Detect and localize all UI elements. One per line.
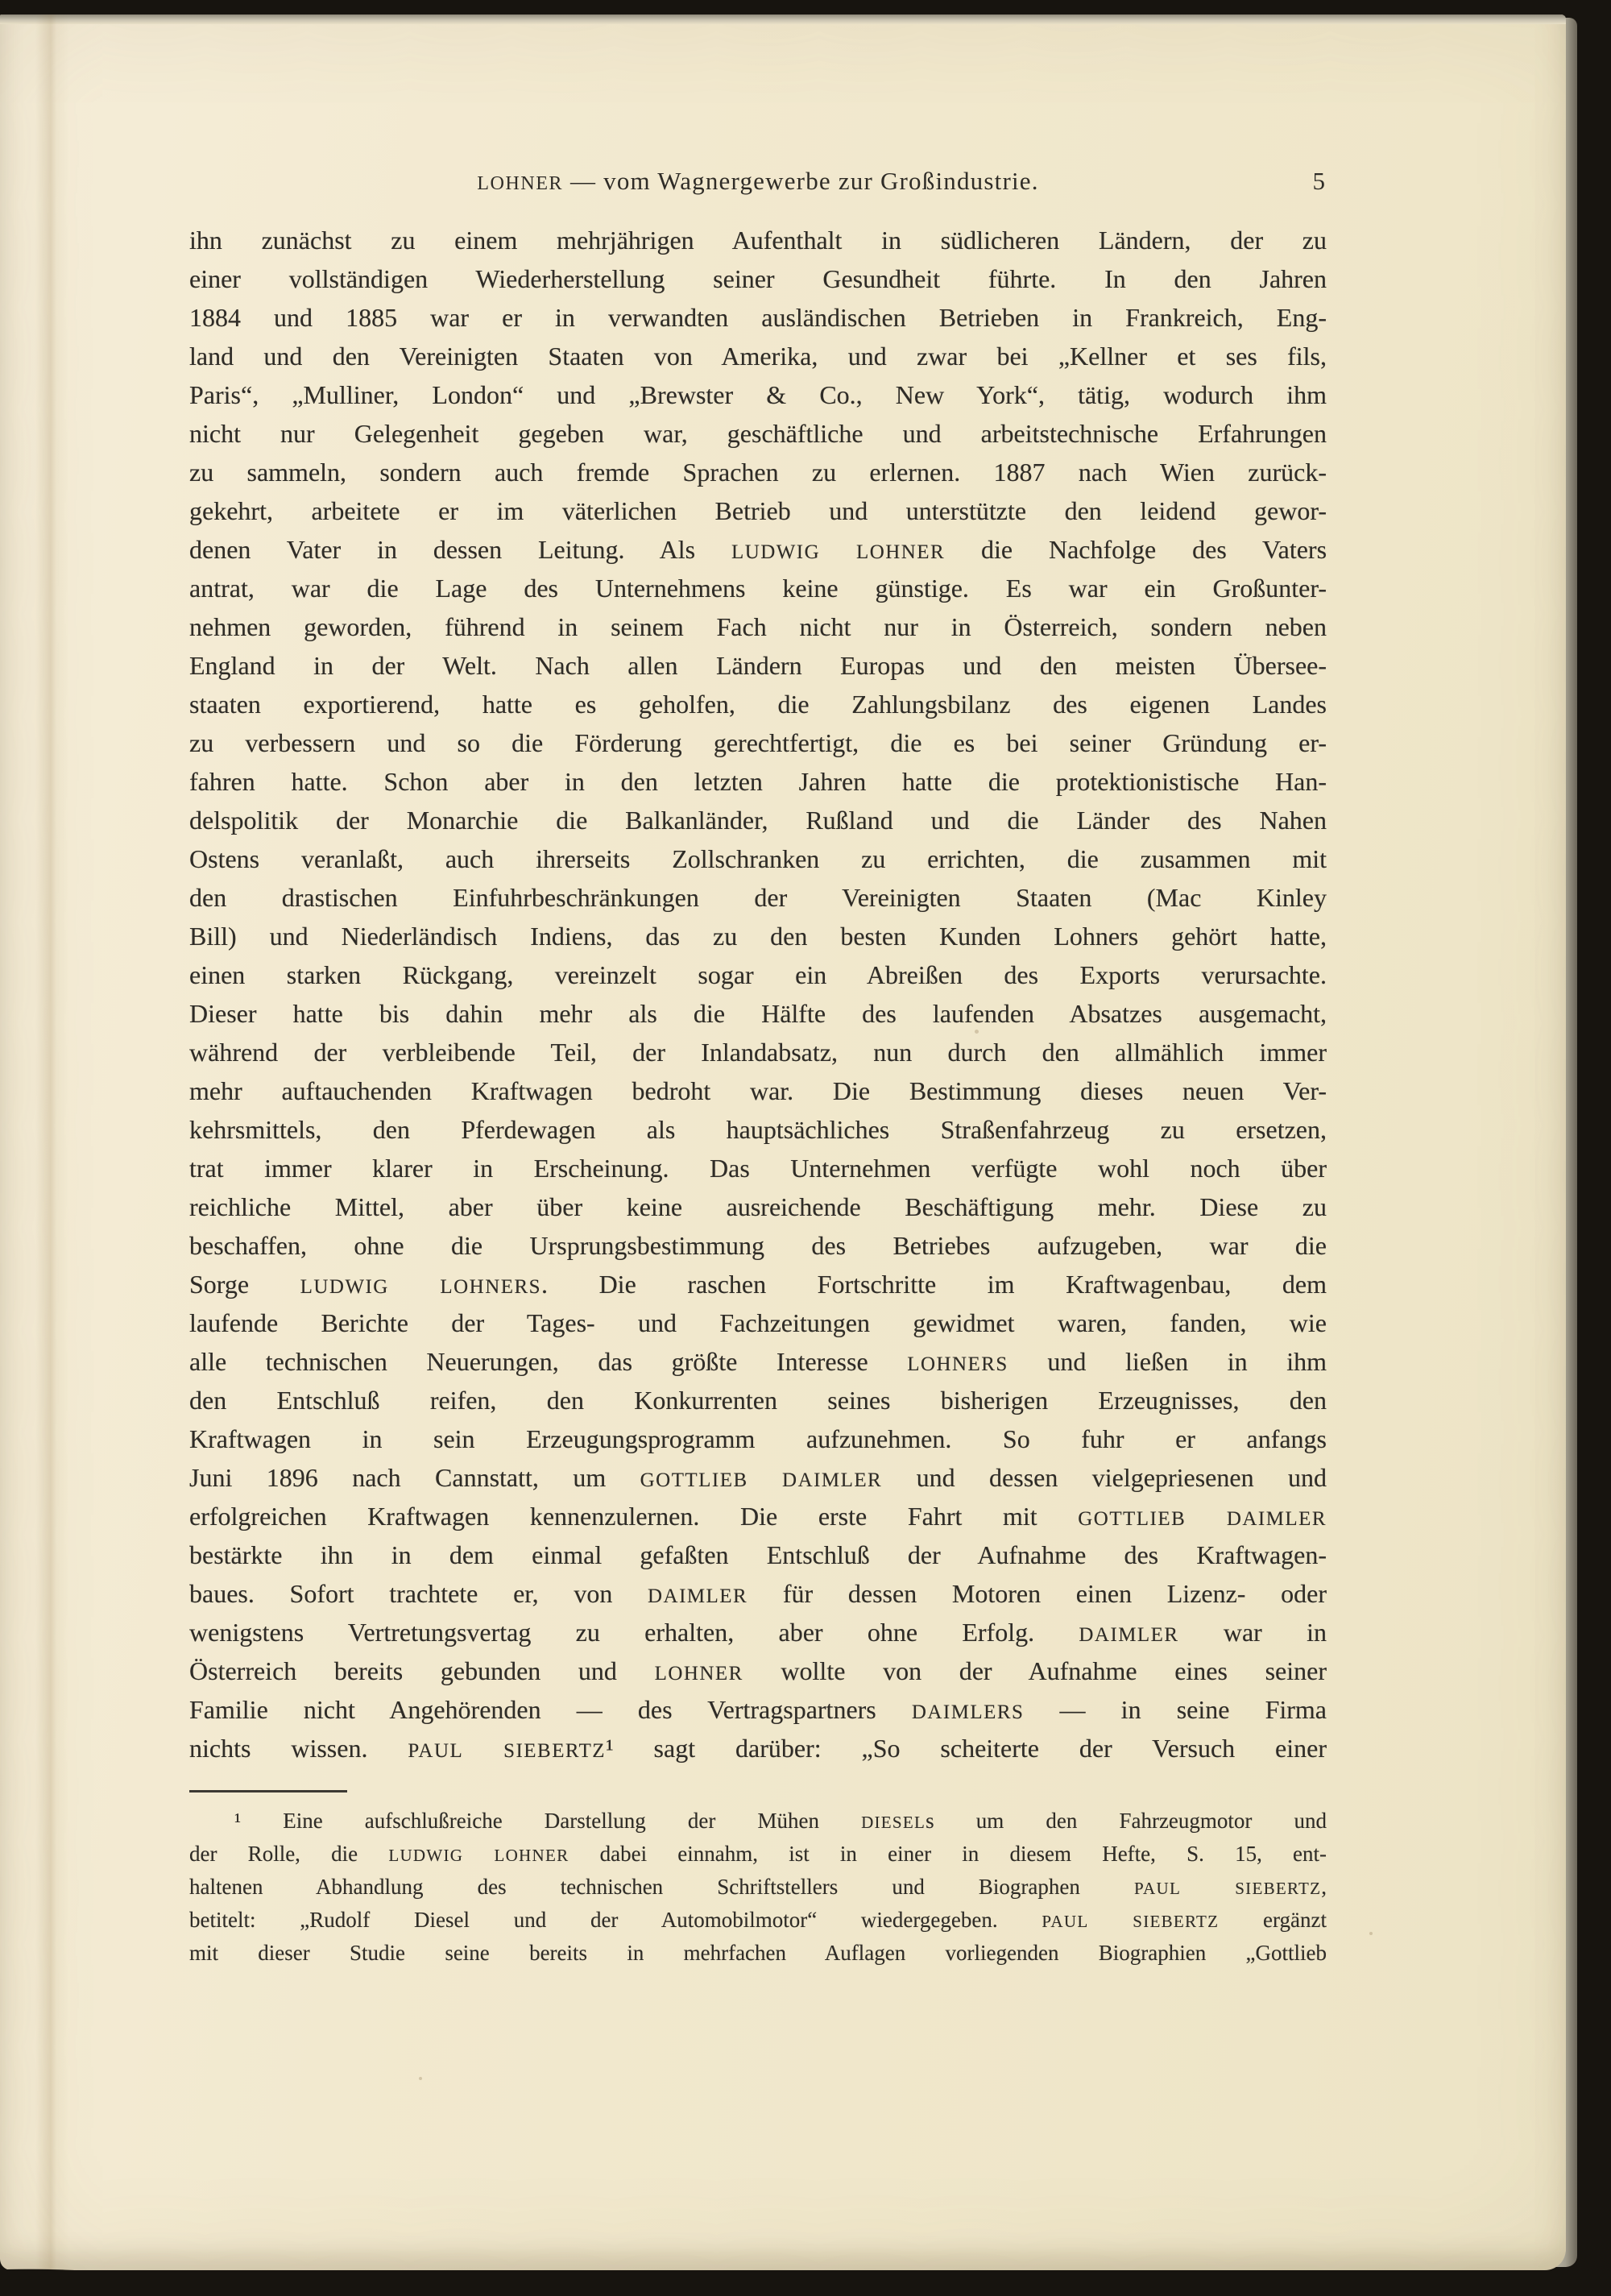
text-line: denen Vater in dessen Leitung. Als LUDWI… (189, 530, 1327, 569)
text-line: Juni 1896 nach Cannstatt, um GOTTLIEB DA… (189, 1458, 1327, 1497)
text-line: erfolgreichen Kraftwagen kennenzulernen.… (189, 1497, 1327, 1536)
page-bottom-shadow (0, 2232, 290, 2296)
text-line: Kraftwagen in sein Erzeugungsprogramm au… (189, 1419, 1327, 1458)
text-line: Ostens veranlaßt, auch ihrerseits Zollsc… (189, 839, 1327, 878)
page-title: LOHNER — vom Wagnergewerbe zur Großindus… (477, 167, 1038, 195)
footnote-rule (189, 1790, 347, 1792)
text-line: laufende Berichte der Tages- und Fachzei… (189, 1303, 1327, 1342)
text-line: fahren hatte. Schon aber in den letzten … (189, 762, 1327, 801)
text-line: einer vollständigen Wiederherstellung se… (189, 259, 1327, 298)
running-header: LOHNER — vom Wagnergewerbe zur Großindus… (189, 163, 1327, 200)
body-text: ihn zunächst zu einem mehrjährigen Aufen… (189, 221, 1327, 1768)
text-line: beschaffen, ohne die Ursprungsbestimmung… (189, 1226, 1327, 1265)
scan-background: LOHNER — vom Wagnergewerbe zur Großindus… (0, 0, 1611, 2296)
text-line: den Entschluß reifen, den Konkurrenten s… (189, 1381, 1327, 1419)
text-line: Familie nicht Angehörenden — des Vertrag… (189, 1690, 1327, 1729)
text-line: während der verbleibende Teil, der Inlan… (189, 1033, 1327, 1071)
text-line: trat immer klarer in Erscheinung. Das Un… (189, 1149, 1327, 1187)
footnote-line: ¹ Eine aufschlußreiche Darstellung der M… (189, 1805, 1327, 1838)
footnote: ¹ Eine aufschlußreiche Darstellung der M… (189, 1805, 1327, 1970)
text-line: staaten exportierend, hatte es geholfen,… (189, 685, 1327, 723)
text-line: Bill) und Niederländisch Indiens, das zu… (189, 917, 1327, 955)
text-line: nicht nur Gelegenheit gegeben war, gesch… (189, 414, 1327, 453)
text-line: bestärkte ihn in dem einmal gefaßten Ent… (189, 1536, 1327, 1574)
paper-speck (1369, 1932, 1373, 1935)
text-line: wenigstens Vertretungsvertag zu erhalten… (189, 1613, 1327, 1652)
text-line: antrat, war die Lage des Unternehmens ke… (189, 569, 1327, 607)
text-line: 1884 und 1885 war er in verwandten auslä… (189, 298, 1327, 337)
footnote-line: haltenen Abhandlung des technischen Schr… (189, 1871, 1327, 1904)
footnote-line: mit dieser Studie seine bereits in mehrf… (189, 1937, 1327, 1970)
text-line: mehr auftauchenden Kraftwagen bedroht wa… (189, 1071, 1327, 1110)
text-line: alle technischen Neuerungen, das größte … (189, 1342, 1327, 1381)
text-line: einen starken Rückgang, vereinzelt sogar… (189, 955, 1327, 994)
text-line: zu sammeln, sondern auch fremde Sprachen… (189, 453, 1327, 491)
text-line: reichliche Mittel, aber über keine ausre… (189, 1187, 1327, 1226)
text-line: ihn zunächst zu einem mehrjährigen Aufen… (189, 221, 1327, 259)
text-line: gekehrt, arbeitete er im väterlichen Bet… (189, 491, 1327, 530)
page-top-edge (0, 15, 1566, 24)
text-line: nichts wissen. PAUL SIEBERTZ¹ sagt darüb… (189, 1729, 1327, 1768)
page-gutter-crease (35, 15, 69, 2270)
text-line: delspolitik der Monarchie die Balkanländ… (189, 801, 1327, 839)
text-line: Dieser hatte bis dahin mehr als die Hälf… (189, 994, 1327, 1033)
text-line: baues. Sofort trachtete er, von DAIMLER … (189, 1574, 1327, 1613)
text-line: England in der Welt. Nach allen Ländern … (189, 646, 1327, 685)
text-line: land und den Vereinigten Staaten von Ame… (189, 337, 1327, 375)
footnote-line: betitelt: „Rudolf Diesel und der Automob… (189, 1904, 1327, 1937)
footnote-line: der Rolle, die LUDWIG LOHNER dabei einna… (189, 1838, 1327, 1871)
text-line: zu verbessern und so die Förderung gerec… (189, 723, 1327, 762)
text-line: kehrsmittels, den Pferdewagen als haupts… (189, 1110, 1327, 1149)
text-line: Österreich bereits gebunden und LOHNER w… (189, 1652, 1327, 1690)
text-line: Sorge LUDWIG LOHNERS. Die raschen Fortsc… (189, 1265, 1327, 1303)
text-line: nehmen geworden, führend in seinem Fach … (189, 607, 1327, 646)
page-number: 5 (1313, 163, 1326, 200)
text-line: den drastischen Einfuhrbeschränkungen de… (189, 878, 1327, 917)
text-line: Paris“, „Mulliner, London“ und „Brewster… (189, 375, 1327, 414)
paper-speck (419, 2077, 422, 2080)
